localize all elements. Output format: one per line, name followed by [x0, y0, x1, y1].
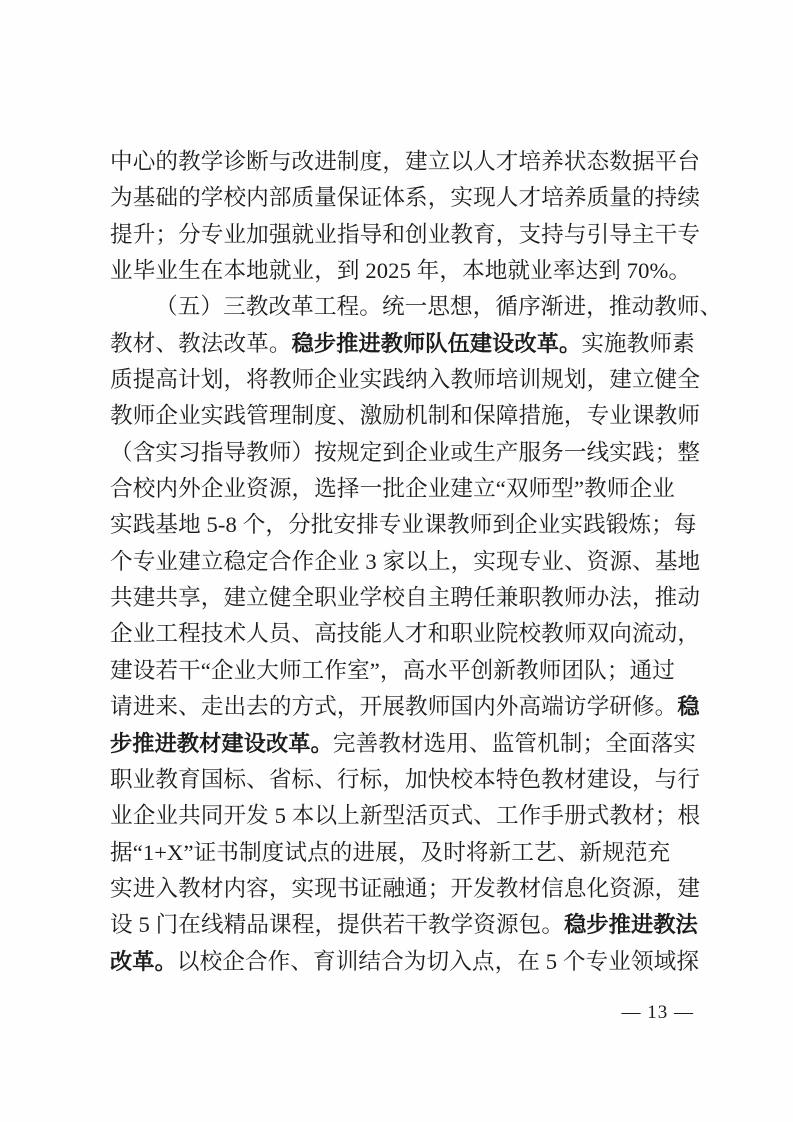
body-text-segment: 完善教材选用、监管机制；全面落实: [333, 731, 696, 756]
text-line: 职业教育国标、省标、行标，加快校本特色教材建设，与行: [110, 762, 710, 798]
body-text-segment: 建设若干“企业大师工作室”，高水平创新教师团队；通过: [110, 658, 675, 683]
body-text-segment: 业毕业生在本地就业，到 2025 年，本地就业率达到 70%。: [110, 258, 691, 283]
text-line: 请进来、走出去的方式，开展教师国内外高端访学研修。稳: [110, 689, 710, 725]
text-line: 为基础的学校内部质量保证体系，实现人才培养质量的持续: [110, 180, 710, 216]
body-text-segment: 质提高计划，将教师企业实践纳入教师培训规划，建立健全: [110, 367, 700, 392]
body-text-segment: 据“1+X”证书制度试点的进展，及时将新工艺、新规范充: [110, 840, 670, 865]
text-line: 业毕业生在本地就业，到 2025 年，本地就业率达到 70%。: [110, 253, 710, 289]
body-text-segment: 为基础的学校内部质量保证体系，实现人才培养质量的持续: [110, 185, 700, 210]
body-text-segment: 共建共享，建立健全职业学校自主聘任兼职教师办法，推动: [110, 585, 700, 610]
body-text-segment: 中心的教学诊断与改进制度，建立以人才培养状态数据平台: [110, 149, 700, 174]
text-line: 中心的教学诊断与改进制度，建立以人才培养状态数据平台: [110, 144, 710, 180]
text-line: 个专业建立稳定合作企业 3 家以上，实现专业、资源、基地: [110, 544, 710, 580]
text-line: 改革。以校企合作、育训结合为切入点，在 5 个专业领域探: [110, 944, 710, 980]
text-line: 业企业共同开发 5 本以上新型活页式、工作手册式教材；根: [110, 798, 710, 834]
bold-emphasis: 稳步推进教法: [564, 912, 698, 937]
body-text-segment: 实施教师素: [581, 331, 694, 356]
bold-emphasis: 步推进教材建设改革。: [110, 731, 333, 756]
document-page: 中心的教学诊断与改进制度，建立以人才培养状态数据平台 为基础的学校内部质量保证体…: [0, 0, 793, 1122]
section-heading: （五）三教改革工程。: [155, 294, 382, 319]
text-line: 步推进教材建设改革。完善教材选用、监管机制；全面落实: [110, 726, 710, 762]
body-text-segment: 个专业建立稳定合作企业 3 家以上，实现专业、资源、基地: [110, 549, 700, 574]
text-line: 实进入教材内容，实现书证融通；开发教材信息化资源，建: [110, 871, 710, 907]
text-line: 据“1+X”证书制度试点的进展，及时将新工艺、新规范充: [110, 835, 710, 871]
text-line: 建设若干“企业大师工作室”，高水平创新教师团队；通过: [110, 653, 710, 689]
text-line: 提升；分专业加强就业指导和创业教育，支持与引导主干专: [110, 217, 710, 253]
text-line: （含实习指导教师）按规定到企业或生产服务一线实践；整: [110, 435, 710, 471]
text-line: 实践基地 5-8 个，分批安排专业课教师到企业实践锻炼；每: [110, 507, 710, 543]
body-text-segment: 教材、教法改革。: [110, 331, 292, 356]
body-text-segment: 设 5 门在线精品课程，提供若干教学资源包。: [110, 912, 564, 937]
text-line: （五）三教改革工程。统一思想，循序渐进，推动教师、: [110, 289, 710, 325]
body-text-segment: 教师企业实践管理制度、激励机制和保障措施，专业课教师: [110, 403, 700, 428]
body-text-segment: 以校企合作、育训结合为切入点，在 5 个专业领域探: [177, 949, 699, 974]
text-line: 企业工程技术人员、高技能人才和职业院校教师双向流动，: [110, 616, 710, 652]
text-line: 教材、教法改革。稳步推进教师队伍建设改革。实施教师素: [110, 326, 710, 362]
text-line: 共建共享，建立健全职业学校自主聘任兼职教师办法，推动: [110, 580, 710, 616]
body-text-segment: （含实习指导教师）按规定到企业或生产服务一线实践；整: [110, 440, 700, 465]
text-line: 合校内外企业资源，选择一批企业建立“双师型”教师企业: [110, 471, 710, 507]
text-line: 教师企业实践管理制度、激励机制和保障措施，专业课教师: [110, 398, 710, 434]
body-text-segment: 职业教育国标、省标、行标，加快校本特色教材建设，与行: [110, 767, 700, 792]
document-body: 中心的教学诊断与改进制度，建立以人才培养状态数据平台 为基础的学校内部质量保证体…: [110, 144, 710, 980]
body-text-segment: 统一思想，循序渐进，推动教师、: [382, 294, 722, 319]
body-text-segment: 提升；分专业加强就业指导和创业教育，支持与引导主干专: [110, 222, 700, 247]
body-text-segment: 实进入教材内容，实现书证融通；开发教材信息化资源，建: [110, 876, 700, 901]
bold-emphasis: 改革。: [110, 949, 177, 974]
body-text-segment: 请进来、走出去的方式，开展教师国内外高端访学研修。: [110, 694, 677, 719]
body-text-segment: 业企业共同开发 5 本以上新型活页式、工作手册式教材；根: [110, 803, 700, 828]
page-number: — 13 —: [622, 1002, 695, 1024]
body-text-segment: 合校内外企业资源，选择一批企业建立“双师型”教师企业: [110, 476, 675, 501]
body-text-segment: 实践基地 5-8 个，分批安排专业课教师到企业实践锻炼；每: [110, 512, 697, 537]
text-line: 设 5 门在线精品课程，提供若干教学资源包。稳步推进教法: [110, 907, 710, 943]
body-text-segment: 企业工程技术人员、高技能人才和职业院校教师双向流动，: [110, 621, 700, 646]
text-line: 质提高计划，将教师企业实践纳入教师培训规划，建立健全: [110, 362, 710, 398]
bold-emphasis: 稳步推进教师队伍建设改革。: [292, 331, 582, 356]
bold-emphasis: 稳: [677, 694, 699, 719]
